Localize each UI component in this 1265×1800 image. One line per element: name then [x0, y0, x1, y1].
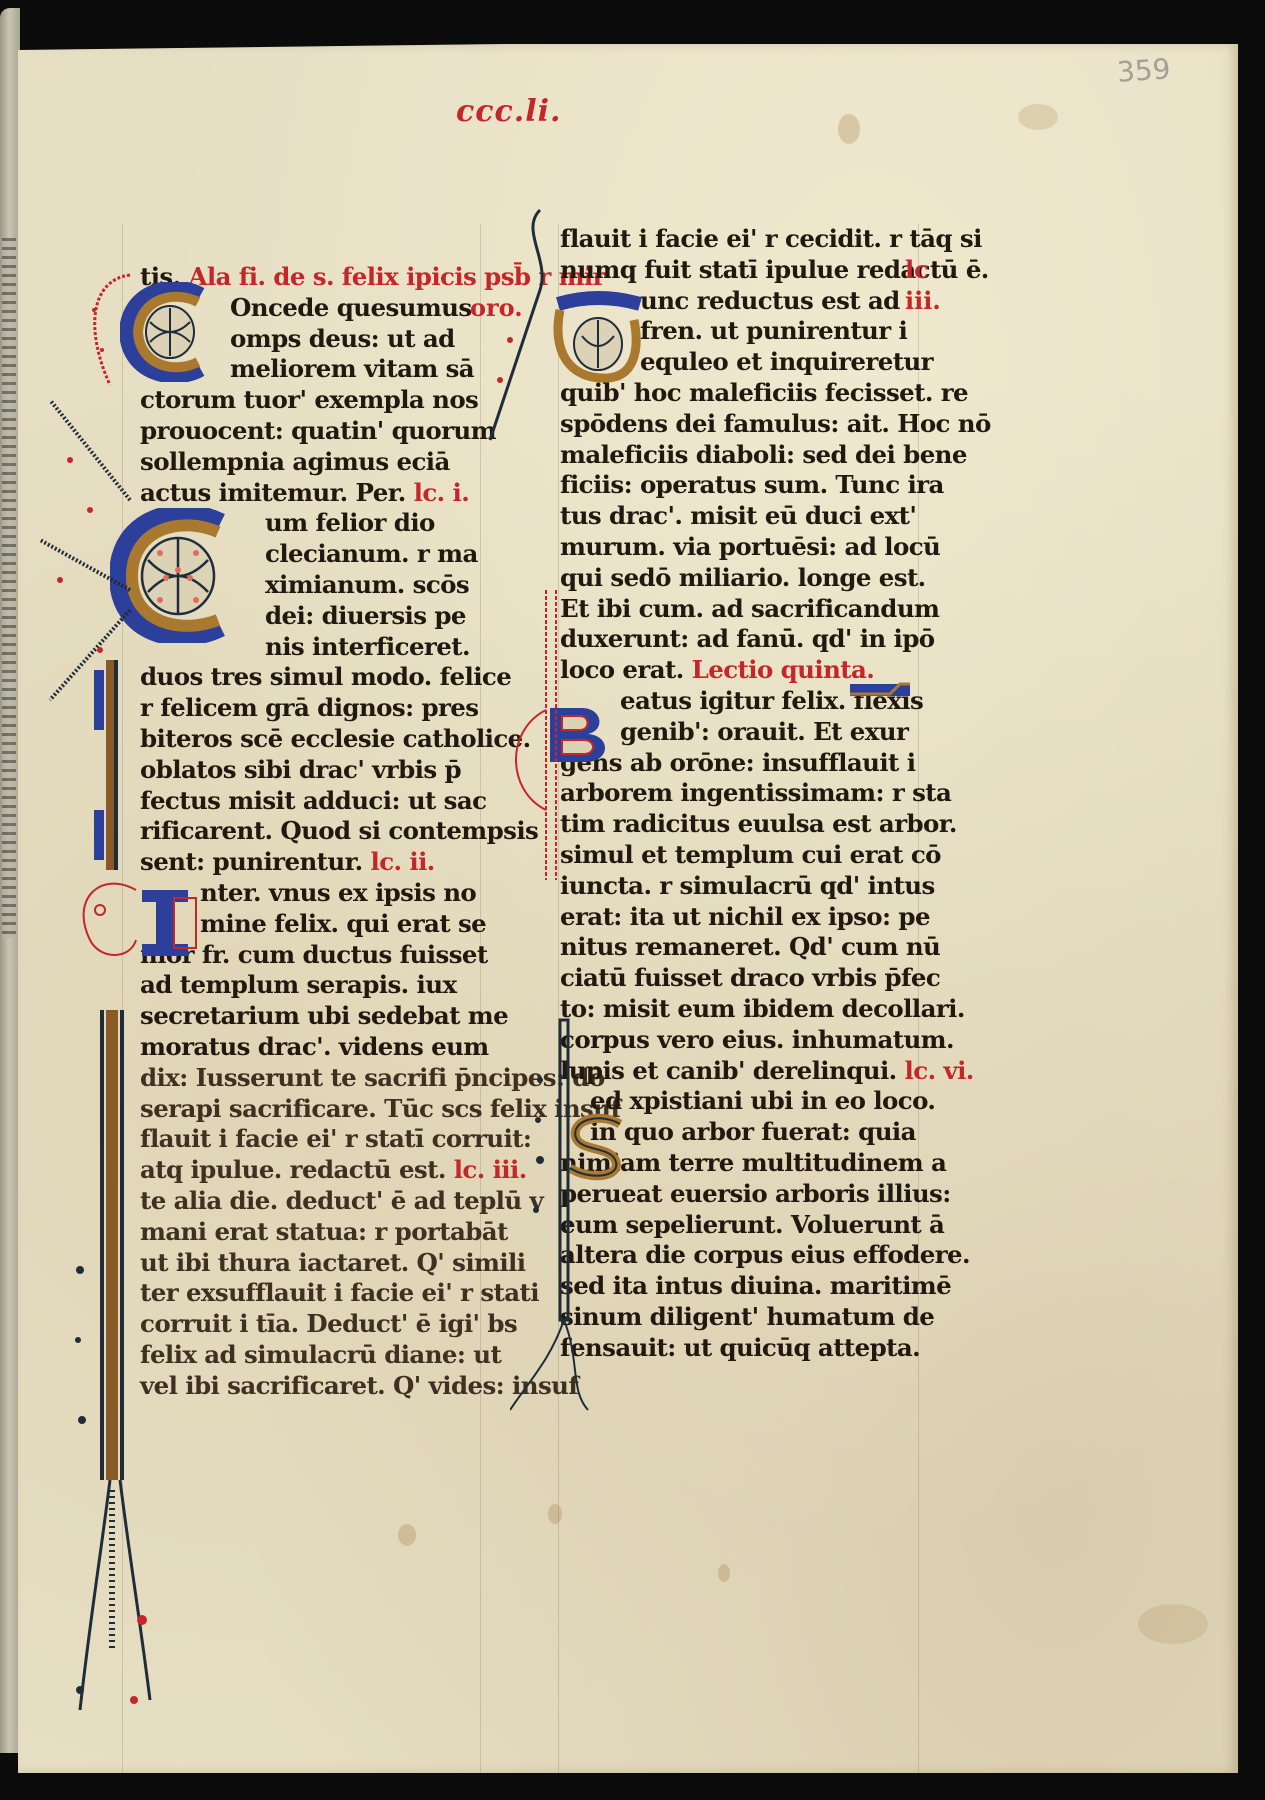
text-line: maleficiis diaboli: sed dei bene — [560, 440, 930, 471]
text-line: nitus remaneret. Qd' cum nū — [560, 932, 930, 963]
text-line: arborem ingentissimam: r sta — [560, 778, 930, 809]
line-text: dei: diuersis pe — [265, 601, 466, 630]
text-line: mani erat statua: r portabāt — [140, 1217, 478, 1248]
initial-t-icon — [548, 290, 648, 390]
line-text: arborem ingentissimam: r sta — [560, 778, 951, 807]
text-line: loco erat. Lectio quinta. — [560, 655, 930, 686]
line-text: um felior dio — [265, 508, 435, 537]
text-line: ficiis: operatus sum. Tunc ira — [560, 470, 930, 501]
line-text: perueat euersio arboris illius: — [560, 1179, 951, 1208]
line-text: actus imitemur. Per. — [140, 478, 406, 507]
initial-s-icon — [560, 1112, 630, 1182]
text-line: sinum diligent' humatum de — [560, 1302, 930, 1333]
line-text: ed xpistiani ubi in eo loco. — [590, 1086, 935, 1115]
text-line: r felicem grā dignos: pres — [140, 693, 478, 724]
text-line: erat: ita ut nichil ex ipso: pe — [560, 902, 930, 933]
text-line: simul et templum cui erat cō — [560, 840, 930, 871]
text-line: ctorum tuor' exempla nos — [140, 385, 478, 416]
stain — [548, 1504, 562, 1524]
text-line: serapi sacrificare. Tūc scs felix insuf — [140, 1094, 478, 1125]
left-text-column: tis. Ala fi. de s. felix ipicis psb̄ r m… — [140, 262, 478, 1401]
margin-rubric: oro. — [470, 293, 523, 322]
line-text: biteros scē ecclesie catholice. — [140, 724, 531, 753]
line-text: atq ipulue. redactū est. — [140, 1155, 446, 1184]
line-text: meliorem vitam sā — [230, 354, 474, 383]
text-line: ut ibi thura iactaret. Q' simili — [140, 1248, 478, 1279]
line-text: ciatū fuisset draco vrbis p̄fec — [560, 963, 940, 992]
line-text: eum sepelierunt. Voluerunt ā — [560, 1210, 944, 1239]
text-line: duos tres simul modo. felice — [140, 662, 478, 693]
line-text: flauit i facie ei' r cecidit. r tāq si — [560, 224, 982, 253]
text-line: numq fuit statī ipulue redactū ē. — [560, 255, 930, 286]
rubric-text: lc. vi. — [897, 1056, 974, 1085]
line-text: dix: Iusserunt te sacrifi p̄ncipes: dō — [140, 1063, 605, 1092]
pencil-folio-number: 359 — [1116, 52, 1172, 89]
text-line: corruit i tīa. Deduct' ē igi' bs — [140, 1309, 478, 1340]
text-line: flauit i facie ei' r statī corruit: — [140, 1124, 478, 1155]
text-line: iuncta. r simulacrū qd' intus — [560, 871, 930, 902]
line-text: corruit i tīa. Deduct' ē igi' bs — [140, 1309, 517, 1338]
line-text: tus drac'. misit eū duci ext' — [560, 501, 916, 530]
adjacent-page-gutter — [0, 8, 20, 1753]
text-line: corpus vero eius. inhumatum. — [560, 1025, 930, 1056]
line-text: ficiis: operatus sum. Tunc ira — [560, 470, 944, 499]
line-text: tim radicitus euulsa est arbor. — [560, 809, 957, 838]
line-text: duxerunt: ad fanū. qd' in ipō — [560, 624, 935, 653]
text-line: tim radicitus euulsa est arbor. — [560, 809, 930, 840]
line-text: ut ibi thura iactaret. Q' simili — [140, 1248, 525, 1277]
text-line: rificarent. Quod si contempsis — [140, 816, 478, 847]
line-text: prouocent: quatin' quorum — [140, 416, 496, 445]
line-text: rificarent. Quod si contempsis — [140, 816, 538, 845]
initial-i-icon — [134, 884, 204, 964]
line-text: r felicem grā dignos: pres — [140, 693, 479, 722]
text-line: murum. via portuēsi: ad locū — [560, 532, 930, 563]
line-text: sinum diligent' humatum de — [560, 1302, 934, 1331]
line-text: ctorum tuor' exempla nos — [140, 385, 478, 414]
text-line: atq ipulue. redactū est. lc. iii. — [140, 1155, 478, 1186]
line-text: equleo et inquireretur — [640, 347, 933, 376]
text-line: eum sepelierunt. Voluerunt ā — [560, 1210, 930, 1241]
text-line: fensauit: ut quicūq attepta. — [560, 1333, 930, 1364]
line-text: fensauit: ut quicūq attepta. — [560, 1333, 920, 1362]
line-text: nis interficeret. — [265, 632, 470, 661]
line-text: nter. vnus ex ipsis no — [200, 878, 476, 907]
stain — [838, 114, 860, 144]
text-line: perueat euersio arboris illius: — [560, 1179, 930, 1210]
adjacent-page-text-edge — [2, 238, 16, 938]
text-line: duxerunt: ad fanū. qd' in ipō — [560, 624, 930, 655]
stain — [1138, 1604, 1208, 1644]
line-text: Oncede quesumus — [230, 293, 472, 322]
text-line: spōdens dei famulus: ait. Hoc nō — [560, 409, 930, 440]
line-text: lupis et canib' derelinqui. — [560, 1056, 897, 1085]
line-text: sed ita intus diuina. maritimē — [560, 1271, 951, 1300]
text-line: moratus drac'. videns eum — [140, 1032, 478, 1063]
rubric-text: Ala fi. de s. felix ipicis psb̄ r mir — [181, 262, 605, 291]
text-line: ad templum serapis. iux — [140, 970, 478, 1001]
rubric-text: Lectio quinta. — [684, 655, 875, 684]
initial-b-icon — [540, 700, 620, 770]
text-line: lupis et canib' derelinqui. lc. vi. — [560, 1056, 930, 1087]
line-text: secretarium ubi sedebat me — [140, 1001, 508, 1030]
line-text: maleficiis diaboli: sed dei bene — [560, 440, 967, 469]
text-line: sent: punirentur. lc. ii. — [140, 847, 478, 878]
line-text: oblatos sibi drac' vrbis p̄ — [140, 755, 461, 784]
margin-rubric: lc — [905, 255, 929, 284]
line-text: loco erat. — [560, 655, 684, 684]
line-text: duos tres simul modo. felice — [140, 662, 511, 691]
line-text: ter exsufflauit i facie ei' r stati — [140, 1278, 539, 1307]
line-text: spōdens dei famulus: ait. Hoc nō — [560, 409, 991, 438]
line-text: nitus remaneret. Qd' cum nū — [560, 932, 940, 961]
line-text: sent: punirentur. — [140, 847, 363, 876]
rubric-text: lc. iii. — [446, 1155, 527, 1184]
line-text: to: misit eum ibidem decollari. — [560, 994, 965, 1023]
line-text: in quo arbor fuerat: quia — [590, 1117, 916, 1146]
text-line: fectus misit adduci: ut sac — [140, 786, 478, 817]
text-line: sollempnia agimus eciā — [140, 447, 478, 478]
text-line: te alia die. deduct' ē ad teplū v — [140, 1186, 478, 1217]
ruling-line — [122, 224, 123, 1774]
right-text-column: flauit i facie ei' r cecidit. r tāq sinu… — [560, 224, 930, 1363]
line-text: mani erat statua: r portabāt — [140, 1217, 508, 1246]
line-text: mine felix. qui erat se — [200, 909, 486, 938]
initial-c-icon — [120, 282, 220, 382]
line-text: vel ibi sacrificaret. Q' vides: insuf — [140, 1371, 578, 1400]
text-line: flauit i facie ei' r cecidit. r tāq si — [560, 224, 930, 255]
text-line: dix: Iusserunt te sacrifi p̄ncipes: dō — [140, 1063, 478, 1094]
line-text: fren. ut punirentur i — [640, 316, 907, 345]
text-line: vel ibi sacrificaret. Q' vides: insuf — [140, 1371, 478, 1402]
line-text: sollempnia agimus eciā — [140, 447, 450, 476]
line-text: felix ad simulacrū diane: ut — [140, 1340, 501, 1369]
text-line: ter exsufflauit i facie ei' r stati — [140, 1278, 478, 1309]
line-text: te alia die. deduct' ē ad teplū v — [140, 1186, 543, 1215]
line-text: erat: ita ut nichil ex ipso: pe — [560, 902, 930, 931]
margin-rubric: iii. — [905, 286, 941, 315]
text-line: qui sedō miliario. longe est. — [560, 563, 930, 594]
text-line: biteros scē ecclesie catholice. — [140, 724, 478, 755]
line-text: clecianum. r ma — [265, 539, 478, 568]
ruling-line — [558, 224, 559, 1774]
line-text: omps deus: ut ad — [230, 324, 455, 353]
line-text: qui sedō miliario. longe est. — [560, 563, 926, 592]
line-text: moratus drac'. videns eum — [140, 1032, 489, 1061]
line-text: unc reductus est ad — [640, 286, 900, 315]
line-text: simul et templum cui erat cō — [560, 840, 941, 869]
text-line: secretarium ubi sedebat me — [140, 1001, 478, 1032]
text-line: prouocent: quatin' quorum — [140, 416, 478, 447]
line-text: flauit i facie ei' r statī corruit: — [140, 1124, 531, 1153]
line-text: Et ibi cum. ad sacrificandum — [560, 594, 939, 623]
line-text: genib': orauit. Et exur — [620, 717, 908, 746]
rubric-text: lc. ii. — [363, 847, 435, 876]
line-text: iuncta. r simulacrū qd' intus — [560, 871, 935, 900]
running-header-rubric: ccc.li. — [456, 94, 561, 129]
line-text: eatus igitur felix. flexis — [620, 686, 923, 715]
line-text: murum. via portuēsi: ad locū — [560, 532, 940, 561]
line-text: altera die corpus eius effodere. — [560, 1240, 970, 1269]
text-line: actus imitemur. Per. lc. i. — [140, 478, 478, 509]
line-text: serapi sacrificare. Tūc scs felix insuf — [140, 1094, 620, 1123]
text-line: Et ibi cum. ad sacrificandum — [560, 594, 930, 625]
ruling-line — [480, 224, 481, 1774]
text-line: sed ita intus diuina. maritimē — [560, 1271, 930, 1302]
line-text: corpus vero eius. inhumatum. — [560, 1025, 954, 1054]
text-line: tus drac'. misit eū duci ext' — [560, 501, 930, 532]
text-line: to: misit eum ibidem decollari. — [560, 994, 930, 1025]
stain — [718, 1564, 730, 1582]
line-text: ad templum serapis. iux — [140, 970, 456, 999]
text-line: felix ad simulacrū diane: ut — [140, 1340, 478, 1371]
stain — [1018, 104, 1058, 130]
initial-c-large-icon — [110, 508, 245, 643]
line-text: fectus misit adduci: ut sac — [140, 786, 486, 815]
rubric-text: lc. i. — [406, 478, 469, 507]
text-line: oblatos sibi drac' vrbis p̄ — [140, 755, 478, 786]
stain — [398, 1524, 416, 1546]
line-text: ximianum. scōs — [265, 570, 469, 599]
text-line: altera die corpus eius effodere. — [560, 1240, 930, 1271]
text-line: ciatū fuisset draco vrbis p̄fec — [560, 963, 930, 994]
